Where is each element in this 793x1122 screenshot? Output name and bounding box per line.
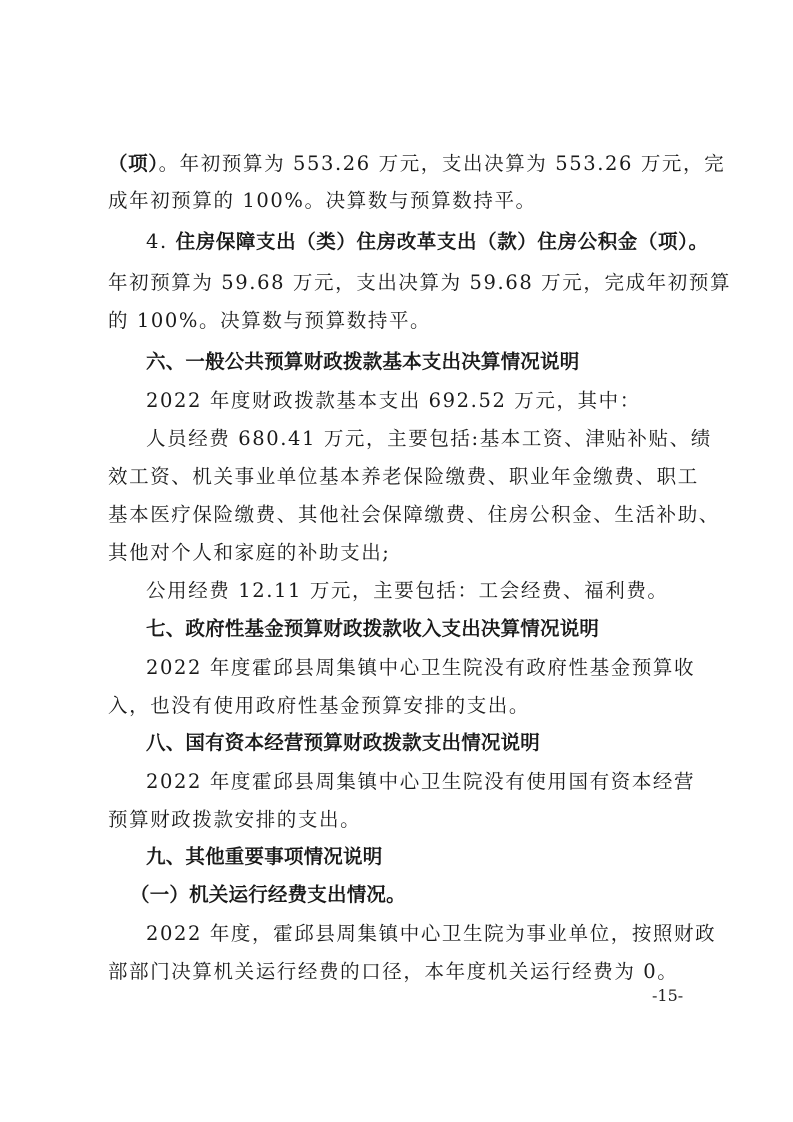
paragraph-line: 2022 年度霍邱县周集镇中心卫生院没有使用国有资本经营 [146,770,695,794]
paragraph-line: 公用经费 12.11 万元，主要包括：工会经费、福利费。 [146,579,669,603]
paragraph-line: 2022 年度霍邱县周集镇中心卫生院没有政府性基金预算收 [146,656,695,680]
paragraph-line: 年初预算为 59.68 万元，支出决算为 59.68 万元，完成年初预算 [108,271,731,295]
page-number: -15- [652,986,683,1005]
item-label: （项） [108,152,159,175]
section-heading-9: 九、其他重要事项情况说明 [146,845,382,869]
paragraph-line: 效工资、机关事业单位基本养老保险缴费、职业年金缴费、职工 [108,465,699,489]
document-page: （项）。年初预算为 553.26 万元，支出决算为 553.26 万元，完 成年… [0,0,793,1122]
section-heading-8: 八、国有资本经营预算财政拨款支出情况说明 [146,731,540,755]
paragraph-line: 的 100%。决算数与预算数持平。 [108,309,431,333]
subsection-heading: 4. 住房保障支出（类）住房改革支出（款）住房公积金（项）。 [146,230,709,254]
paragraph-line: 基本医疗保险缴费、其他社会保障缴费、住房公积金、生活补助、 [108,503,720,527]
paragraph-line: 部部门决算机关运行经费的口径，本年度机关运行经费为 0。 [108,960,678,984]
paragraph-line: 其他对个人和家庭的补助支出; [108,541,390,565]
paragraph-line: 人员经费 680.41 万元，主要包括:基本工资、津贴补贴、绩 [146,427,712,451]
paragraph-line: 2022 年度财政拨款基本支出 692.52 万元，其中： [146,389,641,413]
section-heading-6: 六、一般公共预算财政拨款基本支出决算情况说明 [146,350,579,374]
paragraph-line: 2022 年度，霍邱县周集镇中心卫生院为事业单位，按照财政 [146,922,716,946]
paragraph-line: 成年初预算的 100%。决算数与预算数持平。 [108,189,537,213]
paragraph-line: （项）。年初预算为 553.26 万元，支出决算为 553.26 万元，完 [108,152,725,176]
paragraph-line: 入，也没有使用政府性基金预算安排的支出。 [108,694,530,718]
section-heading-7: 七、政府性基金预算财政拨款收入支出决算情况说明 [146,617,599,641]
paragraph-line: 预算财政拨款安排的支出。 [108,808,361,832]
subsection-heading: （一）机关运行经费支出情况。 [130,883,406,907]
